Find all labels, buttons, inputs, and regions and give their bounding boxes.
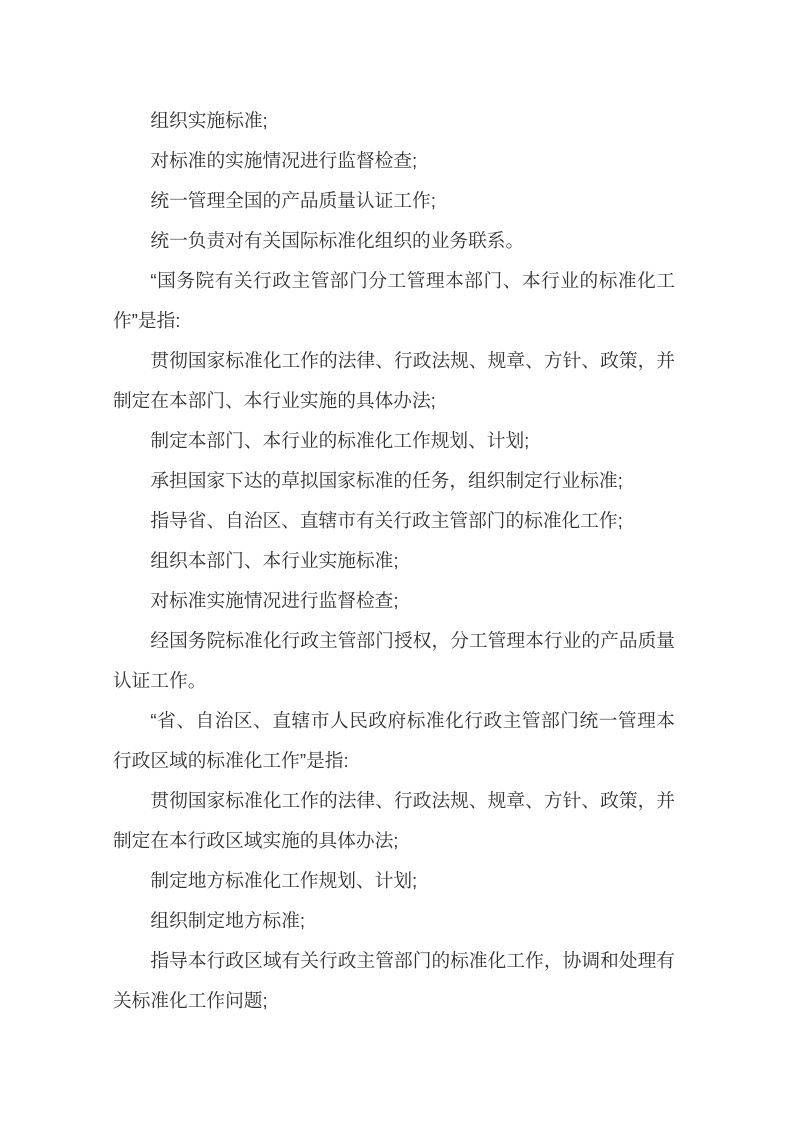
- paragraph: 组织制定地方标准;: [113, 901, 675, 941]
- paragraph: “省、自治区、直辖市人民政府标准化行政主管部门统一管理本行政区域的标准化工作”是…: [113, 701, 675, 781]
- paragraph: 贯彻国家标准化工作的法律、行政法规、规章、方针、政策，并制定在本部门、本行业实施…: [113, 341, 675, 421]
- paragraph: 承担国家下达的草拟国家标准的任务，组织制定行业标准;: [113, 461, 675, 501]
- paragraph: 对标准的实施情况进行监督检查;: [113, 141, 675, 181]
- paragraph: 制定本部门、本行业的标准化工作规划、计划;: [113, 421, 675, 461]
- paragraph: “国务院有关行政主管部门分工管理本部门、本行业的标准化工作”是指:: [113, 261, 675, 341]
- paragraph: 统一管理全国的产品质量认证工作;: [113, 181, 675, 221]
- paragraph: 制定地方标准化工作规划、计划;: [113, 861, 675, 901]
- paragraph: 统一负责对有关国际标准化组织的业务联系。: [113, 221, 675, 261]
- paragraph: 指导省、自治区、直辖市有关行政主管部门的标准化工作;: [113, 501, 675, 541]
- document-page: 组织实施标准;对标准的实施情况进行监督检查;统一管理全国的产品质量认证工作;统一…: [0, 0, 793, 1122]
- paragraph: 组织本部门、本行业实施标准;: [113, 541, 675, 581]
- paragraph: 经国务院标准化行政主管部门授权，分工管理本行业的产品质量认证工作。: [113, 621, 675, 701]
- paragraph: 对标准实施情况进行监督检查;: [113, 581, 675, 621]
- paragraph: 组织实施标准;: [113, 101, 675, 141]
- paragraph: 指导本行政区域有关行政主管部门的标准化工作，协调和处理有关标准化工作问题;: [113, 941, 675, 1021]
- document-body: 组织实施标准;对标准的实施情况进行监督检查;统一管理全国的产品质量认证工作;统一…: [113, 101, 675, 1021]
- paragraph: 贯彻国家标准化工作的法律、行政法规、规章、方针、政策，并制定在本行政区域实施的具…: [113, 781, 675, 861]
